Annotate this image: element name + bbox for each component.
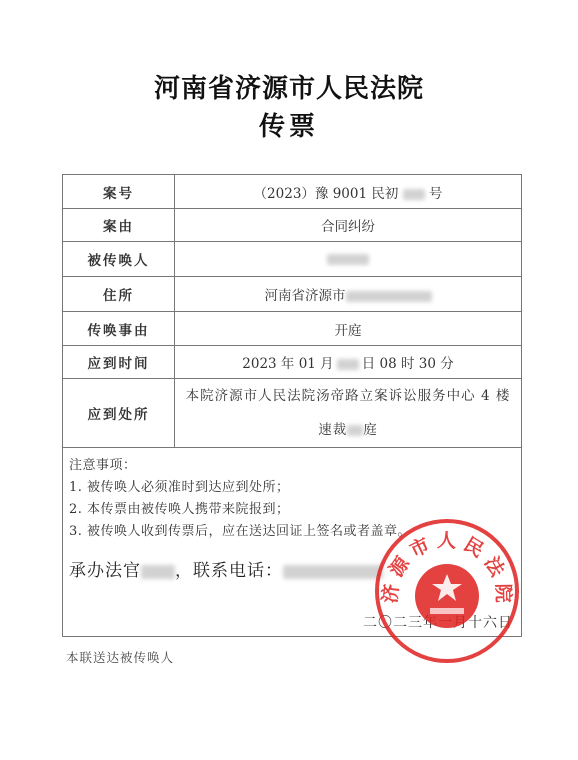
document-title: 传票 [0,106,578,143]
label-reason: 传唤事由 [63,312,175,346]
redacted-case-number [403,189,425,200]
phone-label: ，联系电话： [175,561,283,581]
table-row-summoned-person: 被传唤人 [63,242,522,277]
court-name: 河南省济源市人民法院 [0,68,578,105]
note-item-1: 1. 被传唤人必须准时到达应到处所； [69,476,290,495]
redacted-day [337,359,359,370]
value-location: 本院济源市人民法院汤帝路立案诉讼服务中心 4 楼 速裁庭 [175,379,522,448]
officer-label: 承办法官 [69,561,141,581]
value-case-number: （2023）豫 9001 民初 号 [175,175,522,209]
location-line2-suffix: 庭 [363,422,378,438]
value-cause: 合同纠纷 [175,209,522,242]
label-case-number: 案号 [63,175,175,209]
redacted-phone [283,565,383,579]
label-cause: 案由 [63,209,175,242]
case-number-suffix: 号 [425,186,443,202]
redacted-room [347,425,363,436]
table-row-location: 应到处所 本院济源市人民法院汤帝路立案诉讼服务中心 4 楼 速裁庭 [63,379,522,448]
redacted-address [346,291,432,302]
court-seal-icon: 济源市人民法院 [372,516,522,666]
value-summoned-person [175,242,522,277]
time-suffix: 日 08 时 30 分 [362,356,454,372]
table-row-cause: 案由 合同纠纷 [63,209,522,242]
footer-note: 本联送达被传唤人 [66,648,174,666]
officer-line: 承办法官，联系电话： [69,556,383,581]
address-prefix: 河南省济源市 [265,288,346,304]
redacted-officer [141,565,175,579]
case-number-prefix: （2023）豫 9001 民初 [254,186,403,202]
label-location: 应到处所 [63,379,175,448]
redacted-name [327,254,369,265]
location-line2: 速裁庭 [175,413,521,447]
time-prefix: 2023 年 01 月 [242,356,333,372]
value-address: 河南省济源市 [175,277,522,312]
notes-heading: 注意事项： [69,454,137,473]
location-line1: 本院济源市人民法院汤帝路立案诉讼服务中心 4 楼 [175,379,521,413]
value-reason: 开庭 [175,312,522,346]
value-time: 2023 年 01 月日 08 时 30 分 [175,346,522,379]
label-time: 应到时间 [63,346,175,379]
table-row-time: 应到时间 2023 年 01 月日 08 时 30 分 [63,346,522,379]
label-address: 住所 [63,277,175,312]
location-line2-prefix: 速裁 [318,422,347,438]
note-item-2: 2. 本传票由被传唤人携带来院报到； [69,498,290,517]
summons-table: 案号 （2023）豫 9001 民初 号 案由 合同纠纷 被传唤人 住所 河南省… [62,174,522,448]
label-summoned-person: 被传唤人 [63,242,175,277]
note-item-3: 3. 被传唤人收到传票后，应在送达回证上签名或者盖章。 [69,520,411,539]
table-row-address: 住所 河南省济源市 [63,277,522,312]
table-row-case-number: 案号 （2023）豫 9001 民初 号 [63,175,522,209]
table-row-reason: 传唤事由 开庭 [63,312,522,346]
